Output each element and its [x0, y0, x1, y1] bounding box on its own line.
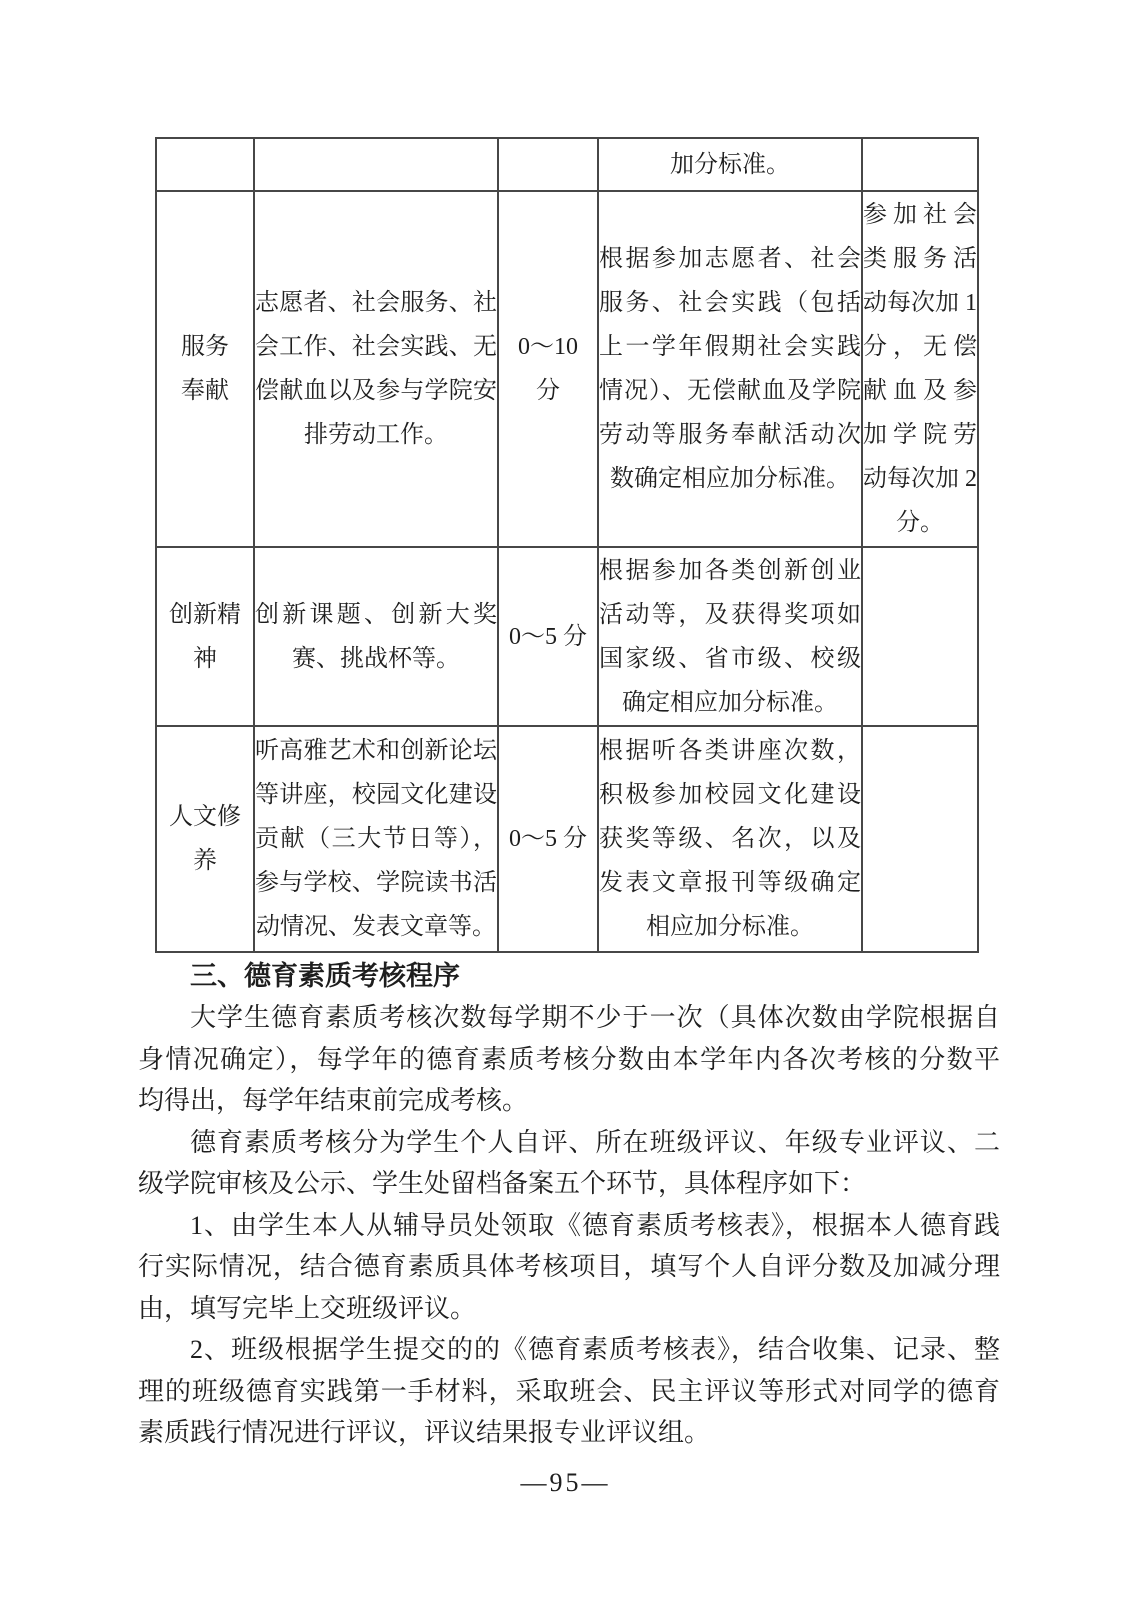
body-line: 理的班级德育实践第一手材料，采取班会、民主评议等形式对同学的德育 — [138, 1371, 1000, 1413]
body-paragraphs: 大学生德育素质考核次数每学期不少于一次（具体次数由学院根据自身情况确定），每学年… — [138, 997, 1000, 1454]
cell-score: 0～5 分 — [498, 547, 598, 726]
cell-bonus: 参加社会类服务活动每次加 1 分，无偿献血及参加学院劳动每次加 2 分。 — [862, 191, 978, 547]
table-row-continued: 加分标准。 — [156, 138, 978, 191]
cell-items: 志愿者、社会服务、社会工作、社会实践、无偿献血以及参与学院安排劳动工作。 — [254, 191, 498, 547]
cell-criteria: 根据参加各类创新创业活动等，及获得奖项如国家级、省市级、校级确定相应加分标准。 — [598, 547, 862, 726]
table-row: 创新精 神创新课题、创新大奖赛、挑战杯等。0～5 分根据参加各类创新创业活动等，… — [156, 547, 978, 726]
cell-bonus — [862, 138, 978, 191]
cell-items: 听高雅艺术和创新论坛等讲座，校园文化建设贡献（三大节日等），参与学校、学院读书活… — [254, 726, 498, 952]
body-line: 大学生德育素质考核次数每学期不少于一次（具体次数由学院根据自 — [138, 997, 1000, 1039]
cell-category — [156, 138, 254, 191]
cell-score: 0～5 分 — [498, 726, 598, 952]
cell-bonus — [862, 726, 978, 952]
body-text: 三、德育素质考核程序 大学生德育素质考核次数每学期不少于一次（具体次数由学院根据… — [138, 955, 1000, 1454]
page-number: —95— — [0, 1468, 1131, 1498]
cell-score — [498, 138, 598, 191]
body-line: 级学院审核及公示、学生处留档备案五个环节，具体程序如下： — [138, 1163, 1000, 1205]
body-line: 均得出，每学年结束前完成考核。 — [138, 1080, 1000, 1122]
cell-category: 人文修 养 — [156, 726, 254, 952]
cell-score: 0～10 分 — [498, 191, 598, 547]
cell-criteria: 加分标准。 — [598, 138, 862, 191]
cell-criteria: 根据听各类讲座次数，积极参加校园文化建设获奖等级、名次，以及发表文章报刊等级确定… — [598, 726, 862, 952]
body-line: 行实际情况，结合德育素质具体考核项目，填写个人自评分数及加减分理 — [138, 1246, 1000, 1288]
body-line: 身情况确定），每学年的德育素质考核分数由本学年内各次考核的分数平 — [138, 1039, 1000, 1081]
cell-criteria: 根据参加志愿者、社会服务、社会实践（包括上一学年假期社会实践情况）、无偿献血及学… — [598, 191, 862, 547]
table-row: 服务 奉献志愿者、社会服务、社会工作、社会实践、无偿献血以及参与学院安排劳动工作… — [156, 191, 978, 547]
body-line: 由，填写完毕上交班级评议。 — [138, 1288, 1000, 1330]
assessment-table: 加分标准。服务 奉献志愿者、社会服务、社会工作、社会实践、无偿献血以及参与学院安… — [155, 137, 979, 953]
body-line: 德育素质考核分为学生个人自评、所在班级评议、年级专业评议、二 — [138, 1122, 1000, 1164]
cell-items: 创新课题、创新大奖赛、挑战杯等。 — [254, 547, 498, 726]
table-row: 人文修 养听高雅艺术和创新论坛等讲座，校园文化建设贡献（三大节日等），参与学校、… — [156, 726, 978, 952]
body-line: 素质践行情况进行评议，评议结果报专业评议组。 — [138, 1412, 1000, 1454]
cell-category: 服务 奉献 — [156, 191, 254, 547]
document-page: 加分标准。服务 奉献志愿者、社会服务、社会工作、社会实践、无偿献血以及参与学院安… — [0, 0, 1131, 1600]
cell-category: 创新精 神 — [156, 547, 254, 726]
body-line: 1、由学生本人从辅导员处领取《德育素质考核表》，根据本人德育践 — [138, 1205, 1000, 1247]
section-heading: 三、德育素质考核程序 — [138, 955, 1000, 997]
cell-bonus — [862, 547, 978, 726]
cell-items — [254, 138, 498, 191]
body-line: 2、班级根据学生提交的的《德育素质考核表》，结合收集、记录、整 — [138, 1329, 1000, 1371]
